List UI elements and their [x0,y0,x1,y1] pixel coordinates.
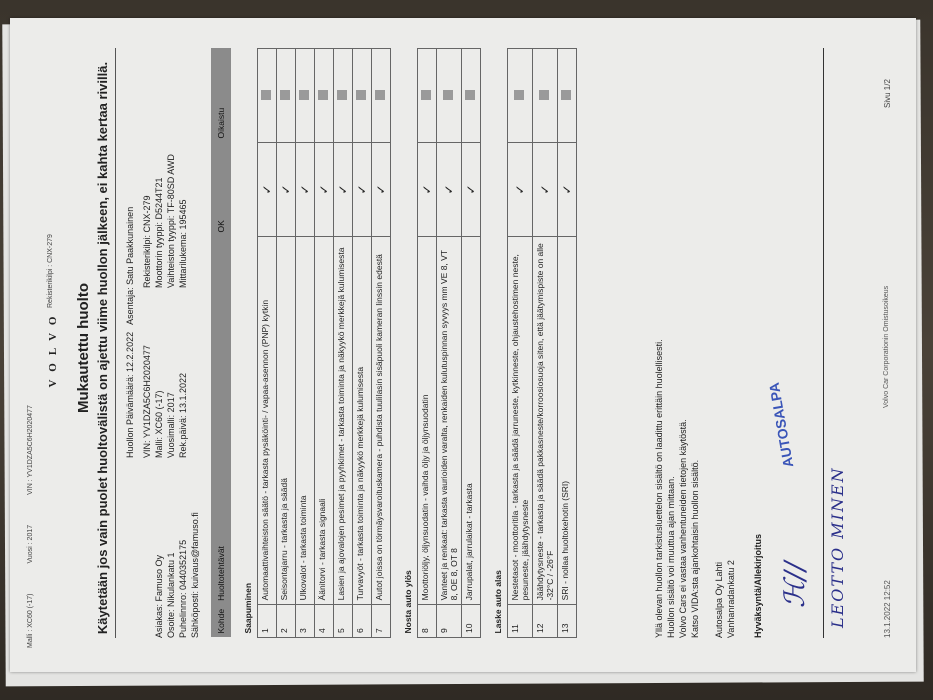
service-meta: Huollon Päivämäärä: 12.2.2022 Asentaja: … [125,207,135,458]
row-task: Ulkovalot - tarkasta toiminta [296,237,315,605]
page-header-meta: Malli : XC60 (-17) Vuosi : 2017 VIN : YV… [27,48,34,648]
section-header: Nosta auto ylös [391,49,418,638]
table-body: Saapuminen1Automaattivaihteiston säätö -… [231,49,577,638]
ok-cell[interactable]: ✓ [508,143,533,237]
col-tasks: Huoltotehtävät [211,237,231,605]
row-task: Autot joissa on törmäysvaroituskamera - … [372,237,391,605]
signature-name: LEOTTO MINEN [828,466,847,628]
row-task: Äänitorvi - tarkasta signaali [315,237,334,605]
mechanic: Asentaja: Satu Paakkunainen [125,207,135,325]
checkbox-icon[interactable] [539,91,549,101]
header-reg: Rekisterikilpi : CNX-279 [47,234,54,308]
dealer-name: Autosalpa Oy Lahti [713,560,725,638]
service-date: Huollon Päivämäärä: 12.2.2022 [125,332,135,458]
service-table: Kohde Huoltotehtävät OK Oikaistu Saapumi… [211,48,577,638]
document-sheet: Malli : XC60 (-17) Vuosi : 2017 VIN : YV… [10,18,916,672]
row-task: Moottoriöljy, öljynsuodatin - vaihda ölj… [418,237,437,605]
row-number: 6 [353,605,372,638]
disclaimer-line: Volvo Cars ei vastaa vanhentuneiden tiet… [677,339,689,638]
table-row: 9Vanteet ja renkaat: tarkasta vaurioiden… [437,49,462,638]
corrected-cell[interactable] [258,49,277,143]
disclaimer-line: Huollon sisältö voi muuttua ajan mittaan… [665,339,677,638]
row-number: 5 [334,605,353,638]
corrected-cell[interactable] [353,49,372,143]
table-row: 12Jäähdytysneste - tarkasta ja säädä pak… [533,49,558,638]
col-oikaistu: Oikaistu [211,49,231,143]
disclaimer-line: Yllä olevan huollon tarkistusluettelon s… [653,339,665,638]
table-header: Kohde Huoltotehtävät OK Oikaistu [211,49,231,638]
table-row: 4Äänitorvi - tarkasta signaali✓ [315,49,334,638]
section-header: Saapuminen [231,49,258,638]
vehicle-info: VIN: YV1DZA5C6H2020477 Malli: XC60 (-17)… [141,345,189,458]
checkbox-icon[interactable] [299,91,309,101]
ok-cell[interactable]: ✓ [353,143,372,237]
checkbox-icon[interactable] [261,91,271,101]
table-row: 13SRI - nollaa huoltokehotin (SRI)✓ [558,49,577,638]
ok-cell[interactable]: ✓ [462,143,481,237]
checkbox-icon[interactable] [375,91,385,101]
ok-cell[interactable]: ✓ [334,143,353,237]
check-mark-icon: ✓ [279,184,293,194]
vehicle-vin: VIN: YV1DZA5C6H2020477 [141,345,153,458]
checkbox-icon[interactable] [280,91,290,101]
corrected-cell[interactable] [533,49,558,143]
row-number: 10 [462,605,481,638]
checkbox-icon[interactable] [443,91,453,101]
row-task: Jarrupalat, jarrulaikat - tarkasta [462,237,481,605]
row-number: 8 [418,605,437,638]
check-mark-icon: ✓ [442,184,456,194]
section-title: Nosta auto ylös [391,49,418,638]
row-number: 1 [258,605,277,638]
row-number: 4 [315,605,334,638]
checkbox-icon[interactable] [356,91,366,101]
check-mark-icon: ✓ [317,184,331,194]
approval-label: Hyväksyntä/Allekirjoitus [753,534,763,638]
car-odometer: Mittarilukema: 195465 [177,154,189,288]
ok-cell[interactable]: ✓ [418,143,437,237]
corrected-cell[interactable] [277,49,296,143]
checkbox-icon[interactable] [514,91,524,101]
car-gearbox: Vaihteiston tyyppi: TF-80SD AWD [165,154,177,288]
vehicle-year: Vuosimalli: 2017 [165,345,177,458]
checkbox-icon[interactable] [318,91,328,101]
copyright: Volvo Car Corporationin Omistusoikeus [883,286,890,408]
corrected-cell[interactable] [315,49,334,143]
customer-info: Asiakas: Famuso Oy Osoite: Nikulankatu 1… [153,512,201,638]
row-number: 3 [296,605,315,638]
corrected-cell[interactable] [296,49,315,143]
table-row: 8Moottoriöljy, öljynsuodatin - vaihda öl… [418,49,437,638]
row-number: 11 [508,605,533,638]
row-number: 2 [277,605,296,638]
document-subtitle: Käytetään jos vain puolet huoltovälistä … [95,28,110,668]
check-mark-icon: ✓ [560,184,574,194]
document-title: Mukautettu huolto [75,28,92,668]
row-task: Vanteet ja renkaat: tarkasta vaurioiden … [437,237,462,605]
table-row: 5Lasien ja ajovalojen pesimet ja pyyhkim… [334,49,353,638]
table-row: 3Ulkovalot - tarkasta toiminta✓ [296,49,315,638]
check-mark-icon: ✓ [336,184,350,194]
check-mark-icon: ✓ [464,184,478,194]
table-row: 1Automaattivaihteiston säätö - tarkasta … [258,49,277,638]
page-number: Sivu 1/2 [883,79,892,108]
vehicle-reg-date: Rek.päivä: 13.1.2022 [177,345,189,458]
dealer-address: Vanhanradankatu 2 [725,560,737,638]
header-vin: VIN : YV1DZA5C6H2020477 [27,405,34,495]
row-task: Seisontajarru - tarkasta ja säädä [277,237,296,605]
table-row: 7Autot joissa on törmäysvaroituskamera -… [372,49,391,638]
row-task: Lasien ja ajovalojen pesimet ja pyyhkime… [334,237,353,605]
col-ok: OK [211,143,231,237]
vehicle-model: Malli: XC60 (-17) [153,345,165,458]
customer-email: Sähköposti: kuivaus@famuso.fi [189,512,201,638]
signature-scribble: ℋ∕∕ [778,561,811,608]
ok-cell[interactable]: ✓ [258,143,277,237]
ok-cell[interactable]: ✓ [533,143,558,237]
section-title: Laske auto alas [481,49,508,638]
disclaimer-line: Katso VIDA:sta ajankohtaisin huollon sis… [689,339,701,638]
checkbox-icon[interactable] [561,91,571,101]
check-mark-icon: ✓ [260,184,274,194]
check-mark-icon: ✓ [374,184,388,194]
section-header: Laske auto alas [481,49,508,638]
ok-cell[interactable]: ✓ [372,143,391,237]
header-year: Vuosi : 2017 [27,525,34,564]
print-timestamp: 13.1.2022 12:52 [883,580,892,638]
car-engine: Moottorin tyyppi: D5244T21 [153,154,165,288]
corrected-cell[interactable] [558,49,577,143]
header-model: Malli : XC60 (-17) [27,594,34,648]
customer-phone: Puhelinnro: 0440352175 [177,512,189,638]
dealer-info: Autosalpa Oy Lahti Vanhanradankatu 2 [713,560,737,638]
table-row: 2Seisontajarru - tarkasta ja säädä✓ [277,49,296,638]
car-info: Rekisterikilpi: CNX-279 Moottorin tyyppi… [141,154,189,288]
row-task: SRI - nollaa huoltokehotin (SRI) [558,237,577,605]
signature-line [823,48,824,638]
check-mark-icon: ✓ [538,184,552,194]
disclaimer: Yllä olevan huollon tarkistusluettelon s… [653,339,701,638]
check-mark-icon: ✓ [298,184,312,194]
ok-cell[interactable]: ✓ [296,143,315,237]
row-number: 9 [437,605,462,638]
check-mark-icon: ✓ [420,184,434,194]
service-checklist-page: Malli : XC60 (-17) Vuosi : 2017 VIN : YV… [13,28,913,668]
corrected-cell[interactable] [418,49,437,143]
row-number: 7 [372,605,391,638]
row-number: 12 [533,605,558,638]
ok-cell[interactable]: ✓ [277,143,296,237]
ok-cell[interactable]: ✓ [315,143,334,237]
customer-address: Osoite: Nikulankatu 1 [165,512,177,638]
row-task: Nestetasot - moottoritila - tarkasta ja … [508,237,533,605]
table-row: 10Jarrupalat, jarrulaikat - tarkasta✓ [462,49,481,638]
corrected-cell[interactable] [372,49,391,143]
row-task: Jäähdytysneste - tarkasta ja säädä pakka… [533,237,558,605]
checkbox-icon[interactable] [465,91,475,101]
check-mark-icon: ✓ [513,184,527,194]
row-task: Automaattivaihteiston säätö - tarkasta p… [258,237,277,605]
checkbox-icon[interactable] [421,91,431,101]
table-row: 6Turvavyöt - tarkasta toiminta ja näkyyk… [353,49,372,638]
checkbox-icon[interactable] [337,91,347,101]
corrected-cell[interactable] [462,49,481,143]
car-plate: Rekisterikilpi: CNX-279 [141,154,153,288]
corrected-cell[interactable] [334,49,353,143]
dealer-stamp: AUTOSALPA [766,381,797,468]
row-number: 13 [558,605,577,638]
col-kohde: Kohde [211,605,231,638]
ok-cell[interactable]: ✓ [437,143,462,237]
check-mark-icon: ✓ [355,184,369,194]
row-task: Turvavyöt - tarkasta toiminta ja näkyykö… [353,237,372,605]
volvo-logo: VOLVO [47,28,59,668]
table-row: 11Nestetasot - moottoritila - tarkasta j… [508,49,533,638]
section-title: Saapuminen [231,49,258,638]
corrected-cell[interactable] [508,49,533,143]
corrected-cell[interactable] [437,49,462,143]
title-divider [115,48,116,638]
customer-name: Asiakas: Famuso Oy [153,512,165,638]
ok-cell[interactable]: ✓ [558,143,577,237]
